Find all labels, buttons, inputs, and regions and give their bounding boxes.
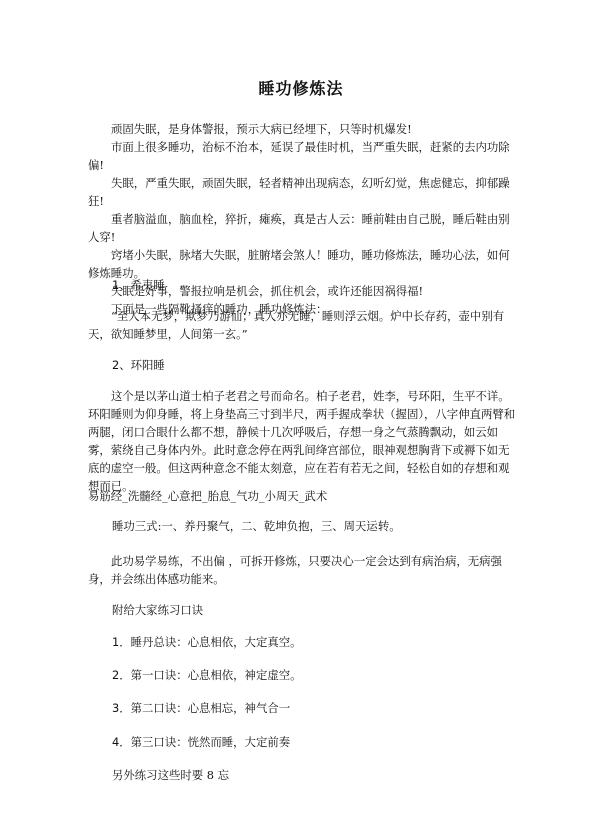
xiyi-quote: “至人本无梦，欺梦乃游仙；真人亦无睡，睡则浮云烟。炉中长存药，壶中别有天，欲知睡…	[88, 307, 520, 343]
mantra-item: 2．第一口诀：心息相依，神定虚空。	[112, 667, 302, 683]
mantra-item: 4．第三口诀：恍然而睡，大定前奏	[112, 734, 290, 750]
mantra-number: 1．	[112, 635, 131, 649]
quote-text: “至人本无梦，欺梦乃游仙；真人亦无睡，睡则浮云烟。炉中长存药，壶中别有天，欲知睡…	[88, 307, 520, 343]
intro-paragraph: 重者脑溢血，脑血栓，猝折，瘫痪，真是古人云：睡前鞋由自己脱，睡后鞋由别人穿!	[88, 210, 520, 246]
tags-line: 易筋经_洗髓经_心意把_胎息_气功_小周天_武术	[88, 488, 327, 504]
section-heading-huanyang-sleep: 2、环阳睡	[112, 357, 165, 373]
intro-paragraph: 失眠，严重失眠，顽固失眠，轻者精神出现病态，幻听幻觉，焦虑健忘，抑郁躁狂!	[88, 174, 520, 210]
mantra-number: 4．	[112, 735, 131, 749]
mantra-heading: 附给大家练习口诀	[112, 602, 203, 618]
body-paragraph: 这个是以茅山道士柏子老君之号而命名。柏子老君，姓李，号环阳，生平不详。环阳睡则为…	[88, 387, 520, 495]
mantra-text: 睡丹总诀：心息相依，大定真空。	[131, 635, 302, 649]
intro-paragraph: 市面上很多睡功，治标不治本，延误了最佳时机，当严重失眠，赶紧的去内功除偏!	[88, 138, 520, 174]
mantra-item: 3．第二口诀：心息相忘，神气合一	[112, 700, 290, 716]
huanyang-description: 这个是以茅山道士柏子老君之号而命名。柏子老君，姓李，号环阳，生平不详。环阳睡则为…	[88, 387, 520, 495]
document-page: 睡功修炼法 顽固失眠，是身体警报，预示大病已经埋下，只等时机爆发! 市面上很多睡…	[0, 0, 602, 835]
body-paragraph: 此功易学易练，不出偏 ，可拆开修炼，只要决心一定会达到有病治病，无病强身，并会练…	[88, 552, 520, 588]
practice-note: 此功易学易练，不出偏 ，可拆开修炼，只要决心一定会达到有病治病，无病强身，并会练…	[88, 552, 520, 588]
mantra-item: 1．睡丹总诀：心息相依，大定真空。	[112, 634, 302, 650]
mantra-number: 2．	[112, 668, 131, 682]
mantra-text: 第三口诀：恍然而睡，大定前奏	[131, 735, 290, 749]
three-forms-line: 睡功三式:一、养丹聚气，二、乾坤负抱，三、周天运转。	[112, 518, 401, 534]
document-title: 睡功修炼法	[0, 76, 602, 99]
section-heading-xiyi-sleep: 1、希夷睡	[112, 277, 165, 293]
mantra-text: 第一口诀：心息相依，神定虚空。	[131, 668, 302, 682]
intro-paragraph: 顽固失眠，是身体警报，预示大病已经埋下，只等时机爆发!	[88, 120, 520, 138]
mantra-text: 第二口诀：心息相忘，神气合一	[131, 701, 290, 715]
mantra-number: 3．	[112, 701, 131, 715]
closing-line: 另外练习这些时要 8 忘	[112, 767, 229, 783]
